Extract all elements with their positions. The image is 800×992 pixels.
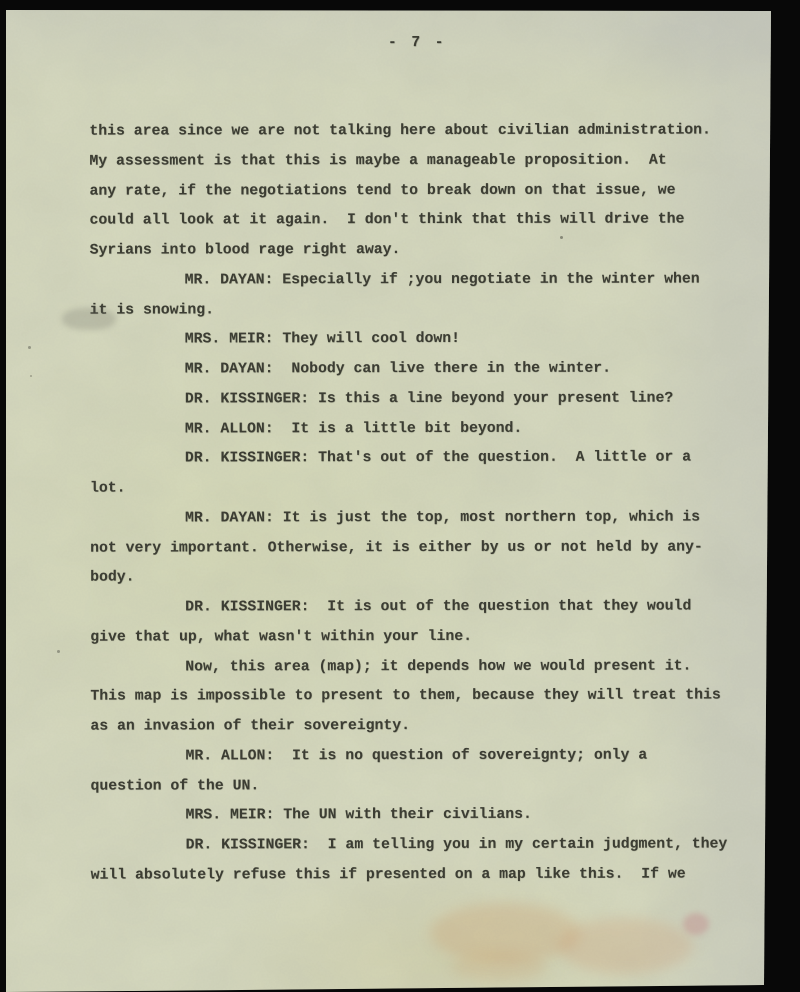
transcript-line: will absolutely refuse this if presented…: [91, 860, 756, 891]
transcript-line: DR. KISSINGER: I am telling you in my ce…: [91, 830, 756, 861]
transcript-line: lot.: [90, 473, 755, 504]
transcript-line: as an invasion of their sovereignty.: [90, 711, 755, 742]
stain: [430, 903, 580, 963]
transcript-line: any rate, if the negotiations tend to br…: [89, 176, 754, 207]
page-number: - 7 -: [388, 35, 447, 51]
transcript-line: MRS. MEIR: The UN with their civilians.: [91, 801, 756, 832]
transcript-line: body.: [90, 563, 755, 594]
transcript-line: question of the UN.: [90, 771, 755, 802]
transcript-line: not very important. Otherwise, it is eit…: [90, 533, 755, 564]
transcript-line: MR. ALLON: It is a little bit beyond.: [90, 414, 755, 445]
transcript-line: DR. KISSINGER: It is out of the question…: [90, 592, 755, 623]
transcript-line: MR. ALLON: It is no question of sovereig…: [90, 741, 755, 772]
transcript-line: DR. KISSINGER: Is this a line beyond you…: [90, 384, 755, 415]
transcript-line: could all look at it again. I don't thin…: [89, 206, 754, 237]
transcript-line: MR. DAYAN: Especially if ;you negotiate …: [90, 265, 755, 296]
transcript-line: Syrians into blood rage right away.: [90, 235, 755, 266]
transcript-line: My assessment is that this is maybe a ma…: [89, 146, 754, 177]
ink-speck: [28, 346, 31, 349]
stain: [683, 913, 709, 935]
stain: [558, 918, 693, 974]
stain: [452, 952, 547, 982]
ink-speck: [30, 375, 32, 377]
ink-speck: [57, 650, 60, 653]
transcript-text: this area since we are not talking here …: [89, 116, 755, 891]
transcript-line: This map is impossible to present to the…: [90, 682, 755, 713]
transcript-line: this area since we are not talking here …: [89, 116, 754, 147]
transcript-line: give that up, what wasn't within your li…: [90, 622, 755, 653]
paper: - 7 - this area since we are not talking…: [0, 0, 800, 992]
transcript-line: MRS. MEIR: They will cool down!: [90, 325, 755, 356]
transcript-line: DR. KISSINGER: That's out of the questio…: [90, 444, 755, 475]
transcript-line: MR. DAYAN: Nobody can live there in the …: [90, 354, 755, 385]
transcript-line: it is snowing.: [90, 295, 755, 326]
transcript-line: Now, this area (map); it depends how we …: [90, 652, 755, 683]
transcript-line: MR. DAYAN: It is just the top, most nort…: [90, 503, 755, 534]
